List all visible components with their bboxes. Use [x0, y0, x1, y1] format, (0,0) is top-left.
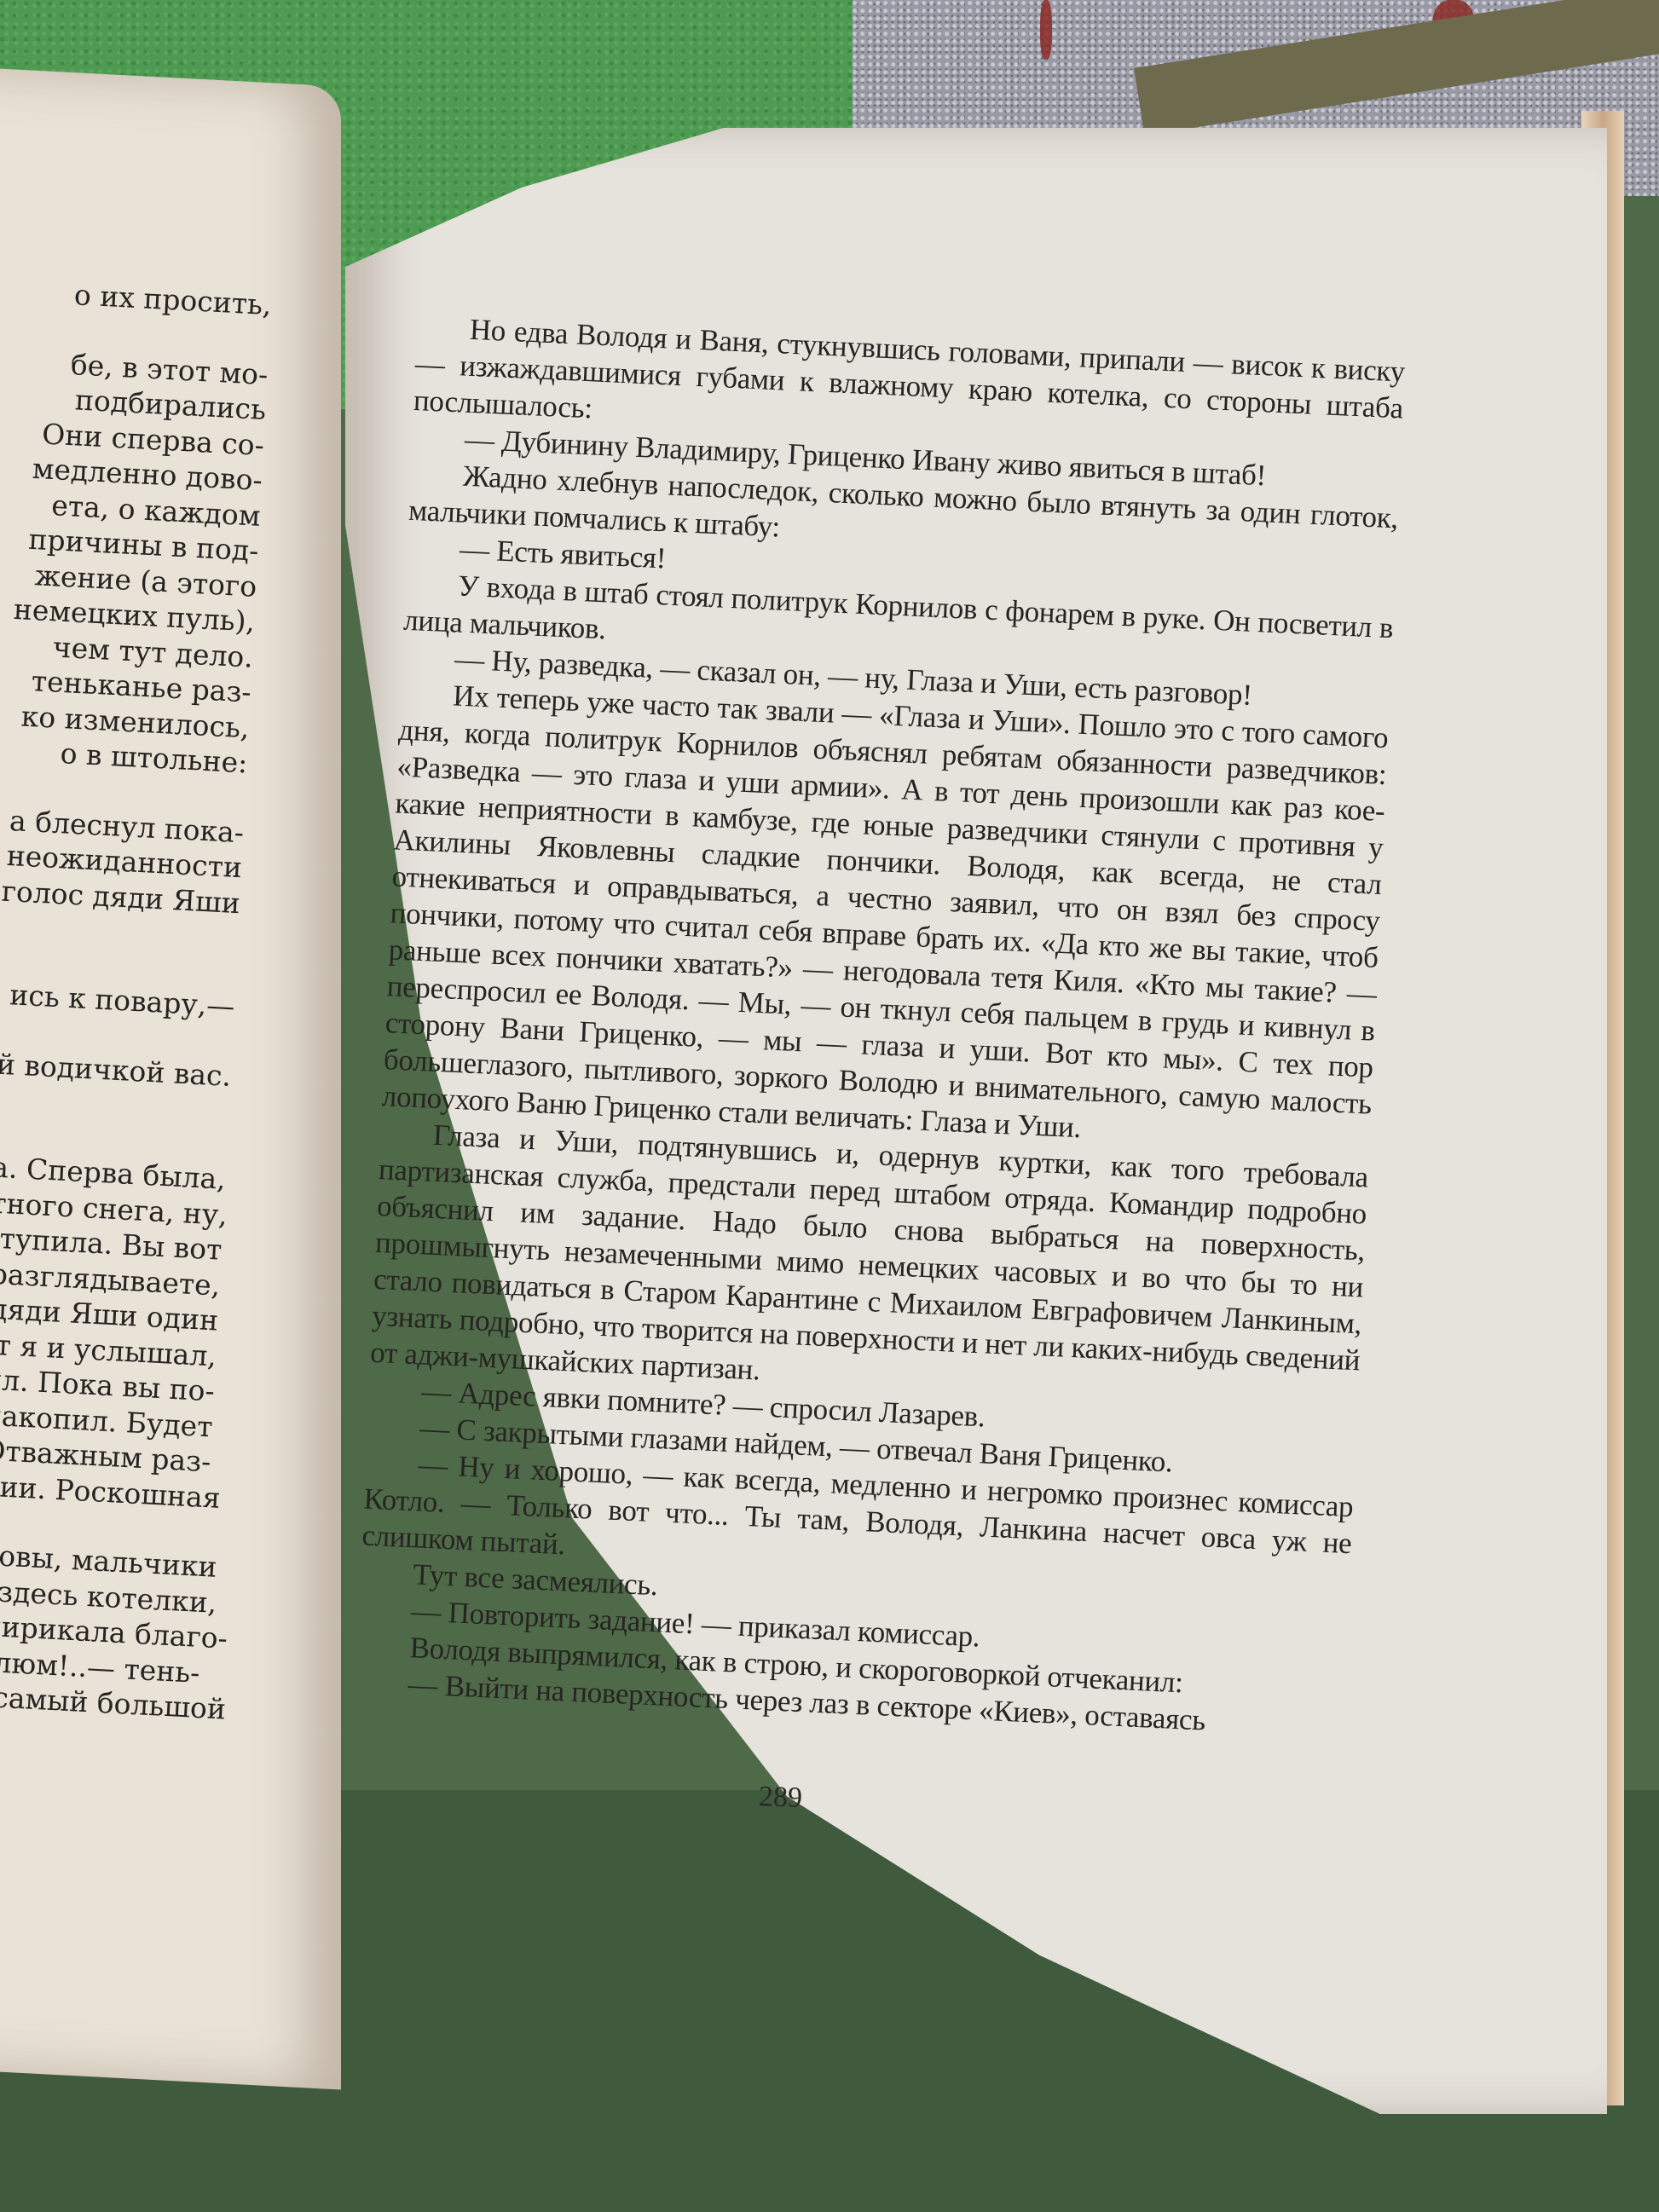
- red-stain: [1040, 0, 1052, 60]
- page-number: 289: [758, 1781, 802, 1815]
- right-page-text: Но едва Володя и Ваня, стукнувшись голов…: [355, 309, 1406, 1745]
- paragraph: Глаза и Уши, подтянувшись и, одернув кур…: [369, 1114, 1368, 1415]
- paragraph: Их теперь уже часто так звали — «Глаза и…: [381, 675, 1389, 1159]
